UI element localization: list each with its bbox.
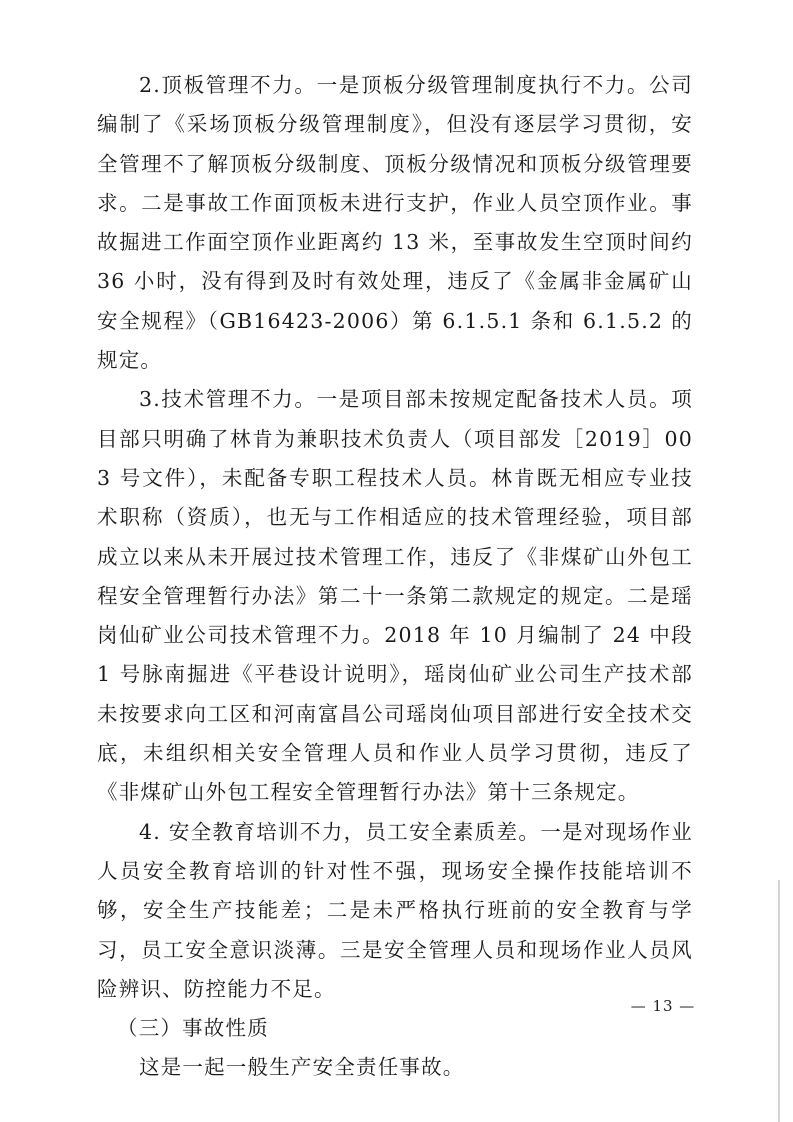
document-page: 2.顶板管理不力。一是顶板分级管理制度执行不力。公司编制了《采场顶板分级管理制度…: [0, 0, 793, 1122]
paragraph-roof-management: 2.顶板管理不力。一是顶板分级管理制度执行不力。公司编制了《采场顶板分级管理制度…: [97, 66, 693, 380]
page-number: — 13 —: [628, 997, 698, 1015]
section-heading-accident-nature: （三）事故性质: [97, 1009, 693, 1048]
scan-artifact-line: [778, 880, 780, 1122]
paragraph-safety-training: 4. 安全教育培训不力，员工安全素质差。一是对现场作业人员安全教育培训的针对性不…: [97, 813, 693, 1009]
paragraph-technical-management: 3.技术管理不力。一是项目部未按规定配备技术人员。项目部只明确了林肯为兼职技术负…: [97, 380, 693, 812]
document-body: 2.顶板管理不力。一是顶板分级管理制度执行不力。公司编制了《采场顶板分级管理制度…: [97, 66, 693, 1088]
conclusion-text: 这是一起一般生产安全责任事故。: [97, 1048, 693, 1087]
